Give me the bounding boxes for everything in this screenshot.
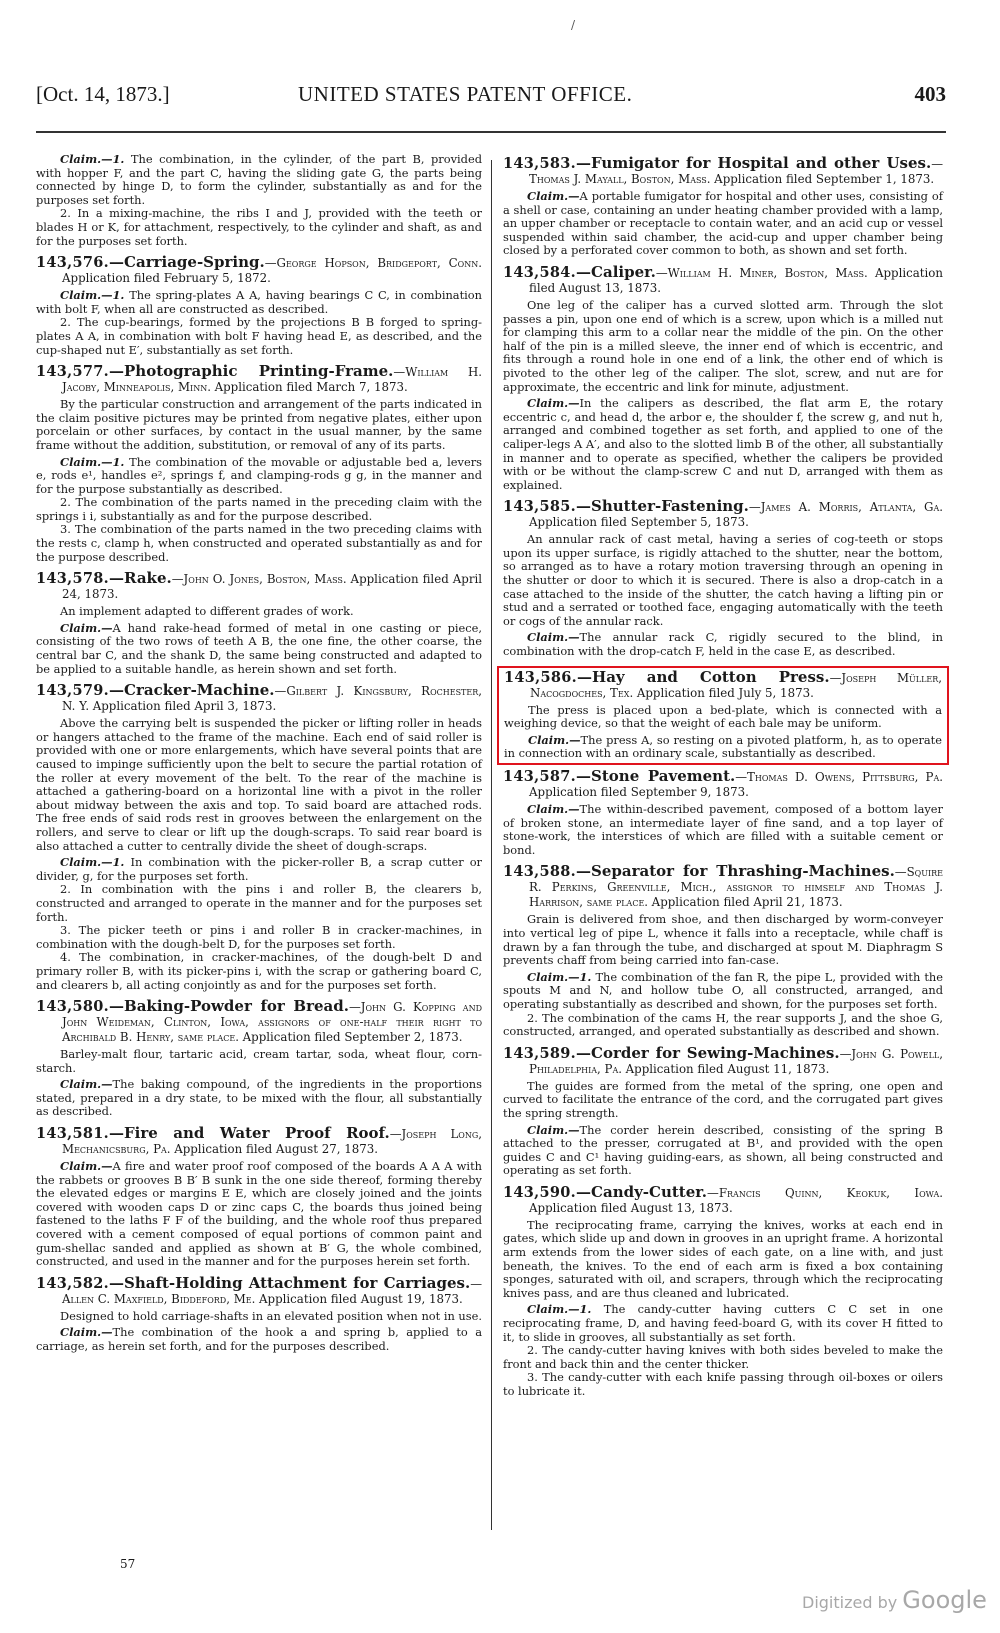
patent-number: 143,589. (503, 1045, 576, 1062)
page-number: 403 (915, 82, 947, 107)
patent-number: 143,578. (36, 570, 109, 587)
patent-entry: 143,579.—Cracker-Machine.—Gilbert J. Kin… (36, 683, 482, 992)
patent-title: —Rake. (109, 569, 172, 587)
patent-title: —Separator for Thrashing-Machines. (576, 862, 895, 880)
issue-date: [Oct. 14, 1873.] (36, 82, 170, 107)
claim: 4. The combination, in cracker-machines,… (36, 951, 482, 992)
filing-date: Application filed April 21, 1873. (652, 895, 843, 909)
claim: Claim.—The corder herein described, cons… (503, 1124, 943, 1178)
folio-number: 57 (120, 1557, 135, 1571)
claim: Claim.—1. The combination of the fan R, … (503, 971, 943, 1012)
claim: Claim.—The within-described pavement, co… (503, 803, 943, 857)
claim: Claim.—The annular rack C, rigidly secur… (503, 631, 943, 658)
patent-entry: 143,576.—Carriage-Spring.—George Hopson,… (36, 255, 482, 357)
claim-label: Claim.—1. (60, 455, 124, 469)
claim-label: Claim.— (527, 1123, 580, 1137)
patent-entry: 143,583.—Fumigator for Hospital and othe… (503, 156, 943, 258)
claim: 2. In combination with the pins i and ro… (36, 883, 482, 924)
patent-title: —Carriage-Spring. (109, 253, 265, 271)
claim-label: Claim.— (528, 733, 581, 747)
filing-date: Application filed April 3, 1873. (93, 699, 276, 713)
inventor: —William H. Miner, Boston, Mass. (656, 266, 868, 280)
filing-date: Application filed August 19, 1873. (259, 1292, 463, 1306)
claim: Claim.—The combination of the hook a and… (36, 1326, 482, 1353)
filing-date: Application filed February 5, 1872. (62, 271, 271, 285)
claim: 2. The candy-cutter having knives with b… (503, 1344, 943, 1371)
inventor: —Thomas D. Owens, Pittsburg, Pa. (735, 770, 943, 784)
claim: Claim.—A portable fumigator for hospital… (503, 190, 943, 258)
patent-entry: 143,589.—Corder for Sewing-Machines.—Joh… (503, 1046, 943, 1178)
description: An implement adapted to different grades… (36, 605, 482, 619)
description: By the particular construction and arran… (36, 398, 482, 452)
patent-title: —Photographic Printing-Frame. (109, 362, 393, 380)
patent-entry: 143,584.—Caliper.—William H. Miner, Bost… (503, 265, 943, 492)
patent-number: 143,581. (36, 1125, 109, 1142)
patent-number: 143,576. (36, 254, 109, 271)
description: Above the carrying belt is suspended the… (36, 717, 482, 853)
entry-heading: 143,588.—Separator for Thrashing-Machine… (503, 864, 943, 910)
patent-title: —Cracker-Machine. (109, 681, 275, 699)
entry-heading: 143,583.—Fumigator for Hospital and othe… (503, 156, 943, 187)
patent-number: 143,587. (503, 768, 576, 785)
patent-entry: 143,582.—Shaft-Holding Attachment for Ca… (36, 1276, 482, 1354)
watermark-prefix: Digitized by (802, 1593, 897, 1612)
description: The press is placed upon a bed-plate, wh… (504, 704, 942, 731)
patent-number: 143,588. (503, 863, 576, 880)
entry-heading: 143,579.—Cracker-Machine.—Gilbert J. Kin… (36, 683, 482, 714)
claim: Claim.—1. The combination of the movable… (36, 456, 482, 497)
entry-heading: 143,577.—Photographic Printing-Frame.—Wi… (36, 364, 482, 395)
claim: Claim.—The press A, so resting on a pivo… (504, 734, 942, 761)
publication-title: UNITED STATES PATENT OFFICE. (298, 82, 632, 107)
patent-number: 143,590. (503, 1184, 576, 1201)
patent-entry: 143,580.—Baking-Powder for Bread.—John G… (36, 999, 482, 1119)
claim-label: Claim.— (527, 630, 580, 644)
claim: 2. The combination of the parts named in… (36, 496, 482, 523)
entry-heading: 143,590.—Candy-Cutter.—Francis Quinn, Ke… (503, 1185, 943, 1216)
claim-label: Claim.— (60, 1325, 113, 1339)
patent-title: —Shutter-Fastening. (576, 497, 749, 515)
entry-heading: 143,589.—Corder for Sewing-Machines.—Joh… (503, 1046, 943, 1077)
patent-number: 143,583. (503, 155, 576, 172)
patent-entry: 143,588.—Separator for Thrashing-Machine… (503, 864, 943, 1038)
digitized-watermark: Digitized by Google (802, 1586, 987, 1614)
patent-title: —Baking-Powder for Bread. (109, 997, 349, 1015)
patent-title: —Hay and Cotton Press. (577, 668, 830, 686)
claim: Claim.—In the calipers as described, the… (503, 397, 943, 492)
entry-heading: 143,584.—Caliper.—William H. Miner, Bost… (503, 265, 943, 296)
patent-title: —Corder for Sewing-Machines. (576, 1044, 840, 1062)
description: One leg of the caliper has a curved slot… (503, 299, 943, 394)
filing-date: Application filed August 13, 1873. (529, 1201, 733, 1215)
filing-date: Application filed March 7, 1873. (215, 380, 408, 394)
description: Grain is delivered from shoe, and then d… (503, 913, 943, 967)
scan-mark: / (571, 18, 575, 32)
description: Designed to hold carriage-shafts in an e… (36, 1310, 482, 1324)
claim: Claim.—A hand rake-head formed of metal … (36, 622, 482, 676)
claim: 2. The cup-bearings, formed by the proje… (36, 316, 482, 357)
google-logo-text: Google (902, 1586, 987, 1614)
claim-label: Claim.—1. (527, 970, 591, 984)
description: The guides are formed from the metal of … (503, 1080, 943, 1121)
claim: 3. The picker teeth or pins i and roller… (36, 924, 482, 951)
patent-entry: 143,578.—Rake.—John O. Jones, Boston, Ma… (36, 571, 482, 676)
filing-date: Application filed September 2, 1873. (243, 1030, 463, 1044)
claim: 3. The combination of the parts named in… (36, 523, 482, 564)
filing-date: Application filed August 11, 1873. (626, 1062, 830, 1076)
claim-label: Claim.— (527, 189, 580, 203)
patent-entry: 143,581.—Fire and Water Proof Roof.—Jose… (36, 1126, 482, 1269)
patent-number: 143,585. (503, 498, 576, 515)
entry-heading: 143,587.—Stone Pavement.—Thomas D. Owens… (503, 769, 943, 800)
filing-date: Application filed July 5, 1873. (637, 686, 814, 700)
patent-number: 143,586. (504, 669, 577, 686)
header-rule (36, 131, 946, 133)
patent-number: 143,584. (503, 264, 576, 281)
inventor: —Francis Quinn, Keokuk, Iowa. (707, 1186, 943, 1200)
entry-heading: 143,585.—Shutter-Fastening.—James A. Mor… (503, 499, 943, 530)
patent-title: —Candy-Cutter. (576, 1183, 707, 1201)
entry-heading: 143,581.—Fire and Water Proof Roof.—Jose… (36, 1126, 482, 1157)
entry-heading: 143,582.—Shaft-Holding Attachment for Ca… (36, 1276, 482, 1307)
claim-label: Claim.—1. (60, 855, 124, 869)
patent-entry: 143,590.—Candy-Cutter.—Francis Quinn, Ke… (503, 1185, 943, 1399)
patent-title: —Stone Pavement. (576, 767, 735, 785)
entry-heading: 143,578.—Rake.—John O. Jones, Boston, Ma… (36, 571, 482, 602)
claim: Claim.—1. In combination with the picker… (36, 856, 482, 883)
right-column: 143,583.—Fumigator for Hospital and othe… (503, 156, 943, 1406)
patent-entry: 143,587.—Stone Pavement.—Thomas D. Owens… (503, 769, 943, 857)
patent-title: —Fumigator for Hospital and other Uses. (576, 154, 931, 172)
claim: Claim.—1. The combination, in the cylind… (36, 153, 482, 207)
patent-entry: 143,585.—Shutter-Fastening.—James A. Mor… (503, 499, 943, 658)
claim-label: Claim.—1. (60, 152, 124, 166)
claim: Claim.—A fire and water proof roof compo… (36, 1160, 482, 1269)
claim: Claim.—The baking compound, of the ingre… (36, 1078, 482, 1119)
highlighted-patent-entry: 143,586.—Hay and Cotton Press.—Joseph Mü… (497, 666, 949, 765)
claim: 2. In a mixing-machine, the ribs I and J… (36, 207, 482, 248)
inventor: —James A. Morris, Atlanta, Ga. (749, 500, 943, 514)
entry-heading: 143,586.—Hay and Cotton Press.—Joseph Mü… (504, 670, 942, 701)
continued-entry: Claim.—1. The combination, in the cylind… (36, 153, 482, 248)
left-column: Claim.—1. The combination, in the cylind… (36, 150, 482, 1361)
filing-date: Application filed August 27, 1873. (174, 1142, 378, 1156)
patent-title: —Caliper. (576, 263, 656, 281)
claim-label: Claim.— (60, 621, 113, 635)
claim-label: Claim.— (60, 1159, 113, 1173)
patent-title: —Fire and Water Proof Roof. (109, 1124, 390, 1142)
description: An annular rack of cast metal, having a … (503, 533, 943, 628)
claim: Claim.—1. The candy-cutter having cutter… (503, 1303, 943, 1344)
column-divider (491, 160, 492, 1530)
patent-entry: 143,577.—Photographic Printing-Frame.—Wi… (36, 364, 482, 564)
patent-number: 143,580. (36, 998, 109, 1015)
page-header: [Oct. 14, 1873.] UNITED STATES PATENT OF… (36, 82, 946, 112)
filing-date: Application filed September 9, 1873. (529, 785, 749, 799)
inventor: —George Hopson, Bridgeport, Conn. (265, 256, 482, 270)
description: Barley-malt flour, tartaric acid, cream … (36, 1048, 482, 1075)
claim-label: Claim.— (527, 802, 580, 816)
claim: Claim.—1. The spring-plates A A, having … (36, 289, 482, 316)
description: The reciprocating frame, carrying the kn… (503, 1219, 943, 1301)
patent-number: 143,577. (36, 363, 109, 380)
patent-number: 143,582. (36, 1275, 109, 1292)
claim-label: Claim.—1. (60, 288, 124, 302)
patent-title: —Shaft-Holding Attachment for Carriages. (109, 1274, 470, 1292)
claim: 3. The candy-cutter with each knife pass… (503, 1371, 943, 1398)
claim-label: Claim.— (60, 1077, 113, 1091)
filing-date: Application filed September 5, 1873. (529, 515, 749, 529)
entry-heading: 143,580.—Baking-Powder for Bread.—John G… (36, 999, 482, 1045)
inventor: —John O. Jones, Boston, Mass. (172, 572, 347, 586)
filing-date: Application filed September 1, 1873. (714, 172, 934, 186)
claim-label: Claim.— (527, 396, 580, 410)
claim-label: Claim.—1. (527, 1302, 591, 1316)
patent-number: 143,579. (36, 682, 109, 699)
claim: 2. The combination of the cams H, the re… (503, 1012, 943, 1039)
entry-heading: 143,576.—Carriage-Spring.—George Hopson,… (36, 255, 482, 286)
